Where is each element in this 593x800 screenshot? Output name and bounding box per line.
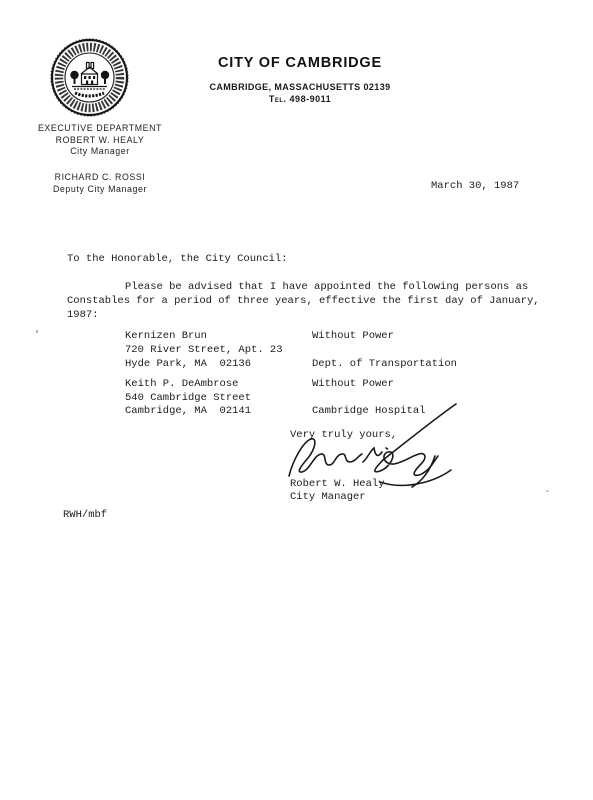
body-line-2: Constables for a period of three years, … xyxy=(67,294,540,308)
appointee-designation: Without Power xyxy=(312,329,394,343)
appointee-address-2: Cambridge, MA 02141 xyxy=(125,404,251,418)
appointee-name: Kernizen Brun xyxy=(125,329,207,343)
salutation: To the Honorable, the City Council: xyxy=(67,252,288,266)
letter-date: March 30, 1987 xyxy=(431,179,519,193)
appointee-address-1: 540 Cambridge Street xyxy=(125,391,251,405)
signer-title: City Manager xyxy=(290,490,366,504)
scan-speck xyxy=(546,490,549,492)
deputy-manager-title: Deputy City Manager xyxy=(20,184,180,194)
city-manager-title: City Manager xyxy=(20,146,180,156)
body-line-3: 1987: xyxy=(67,308,99,322)
appointee-address-1: 720 River Street, Apt. 23 xyxy=(125,343,283,357)
scanned-letter-page: CITY OF CAMBRIDGE CAMBRIDGE, MASSACHUSET… xyxy=(0,0,593,800)
reference-initials: RWH/mbf xyxy=(63,508,107,522)
letterhead-address: CAMBRIDGE, MASSACHUSETTS 02139 xyxy=(140,82,460,92)
appointee-address-2: Hyde Park, MA 02136 xyxy=(125,357,251,371)
city-seal-icon xyxy=(50,38,129,117)
letterhead-title: CITY OF CAMBRIDGE xyxy=(140,55,460,71)
deputy-manager-name: RICHARD C. ROSSI xyxy=(20,172,180,182)
appointee-designation: Without Power xyxy=(312,377,394,391)
appointee-affiliation: Dept. of Transportation xyxy=(312,357,457,371)
letterhead-phone: Tel. 498-9011 xyxy=(140,94,460,104)
signer-name: Robert W. Healy xyxy=(290,477,385,491)
executive-department-label: EXECUTIVE DEPARTMENT xyxy=(20,123,180,133)
city-manager-name: ROBERT W. HEALY xyxy=(20,135,180,145)
body-line-1: Please be advised that I have appointed … xyxy=(125,280,528,294)
appointee-name: Keith P. DeAmbrose xyxy=(125,377,238,391)
scan-speck xyxy=(36,330,38,333)
